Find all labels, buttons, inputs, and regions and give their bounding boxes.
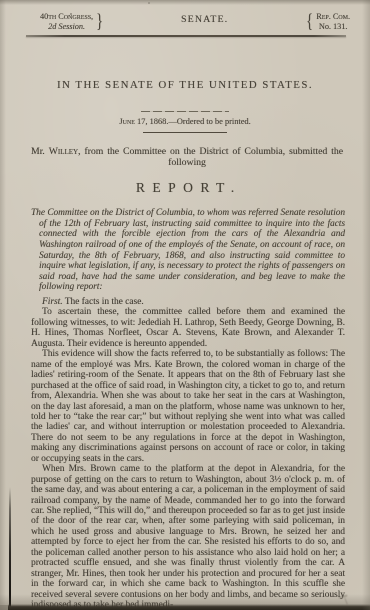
dateline-rule-bottom xyxy=(143,132,227,133)
report-body: First. The facts in the case. To ascerta… xyxy=(31,297,345,610)
committee-preamble: The Committee on the District of Columbi… xyxy=(31,208,345,293)
paragraph-alexandria-incident: When Mrs. Brown came to the platform at … xyxy=(31,464,345,610)
scan-edge-line xyxy=(9,487,11,607)
paragraph-evidence: This evidence will show the facts referr… xyxy=(31,349,345,464)
section-first-label: First. xyxy=(42,297,63,307)
senator-name: Willey xyxy=(49,146,78,157)
report-heading: REPORT. xyxy=(0,180,370,196)
congress-line: 40th Congress, xyxy=(40,12,93,22)
submission-prefix: Mr. xyxy=(31,146,49,157)
congress-session-block: 40th Congress, 2d Session. } xyxy=(40,12,104,31)
scan-speck xyxy=(70,13,72,15)
dateline-block: June 17, 1868.—Ordered to be printed. xyxy=(0,111,370,133)
document-title: IN THE SENATE OF THE UNITED STATES. xyxy=(0,79,370,91)
masthead: 40th Congress, 2d Session. } SENATE. { R… xyxy=(0,0,370,31)
report-number-line: No. 131. xyxy=(316,22,350,32)
dateline-rule-top xyxy=(141,111,229,112)
session-line: 2d Session. xyxy=(40,22,93,32)
dateline-text: June 17, 1868.—Ordered to be printed. xyxy=(0,117,370,126)
scan-speck xyxy=(212,147,214,149)
submission-rest: , from the Committee on the District of … xyxy=(78,146,343,168)
chamber-title: SENATE. xyxy=(181,15,228,25)
section-first-text: The facts in the case. xyxy=(63,297,144,307)
section-first-heading: First. The facts in the case. xyxy=(31,297,345,308)
dateline-order: —Ordered to be printed. xyxy=(168,117,250,126)
left-brace: } xyxy=(96,12,103,32)
header-rule xyxy=(26,35,346,37)
document-page: 40th Congress, 2d Session. } SENATE. { R… xyxy=(0,0,370,610)
paragraph-witnesses: To ascertain these, the committee called… xyxy=(31,307,345,349)
scan-bottom-edge xyxy=(8,604,370,610)
scan-speck xyxy=(148,2,150,4)
report-number-block: { Rep. Com. No. 131. xyxy=(305,12,350,31)
right-brace: { xyxy=(306,12,313,32)
dateline-date: June 17, 1868. xyxy=(119,117,168,126)
report-com-line: Rep. Com. xyxy=(316,12,350,22)
submission-line: Mr. Willey, from the Committee on the Di… xyxy=(31,146,343,168)
